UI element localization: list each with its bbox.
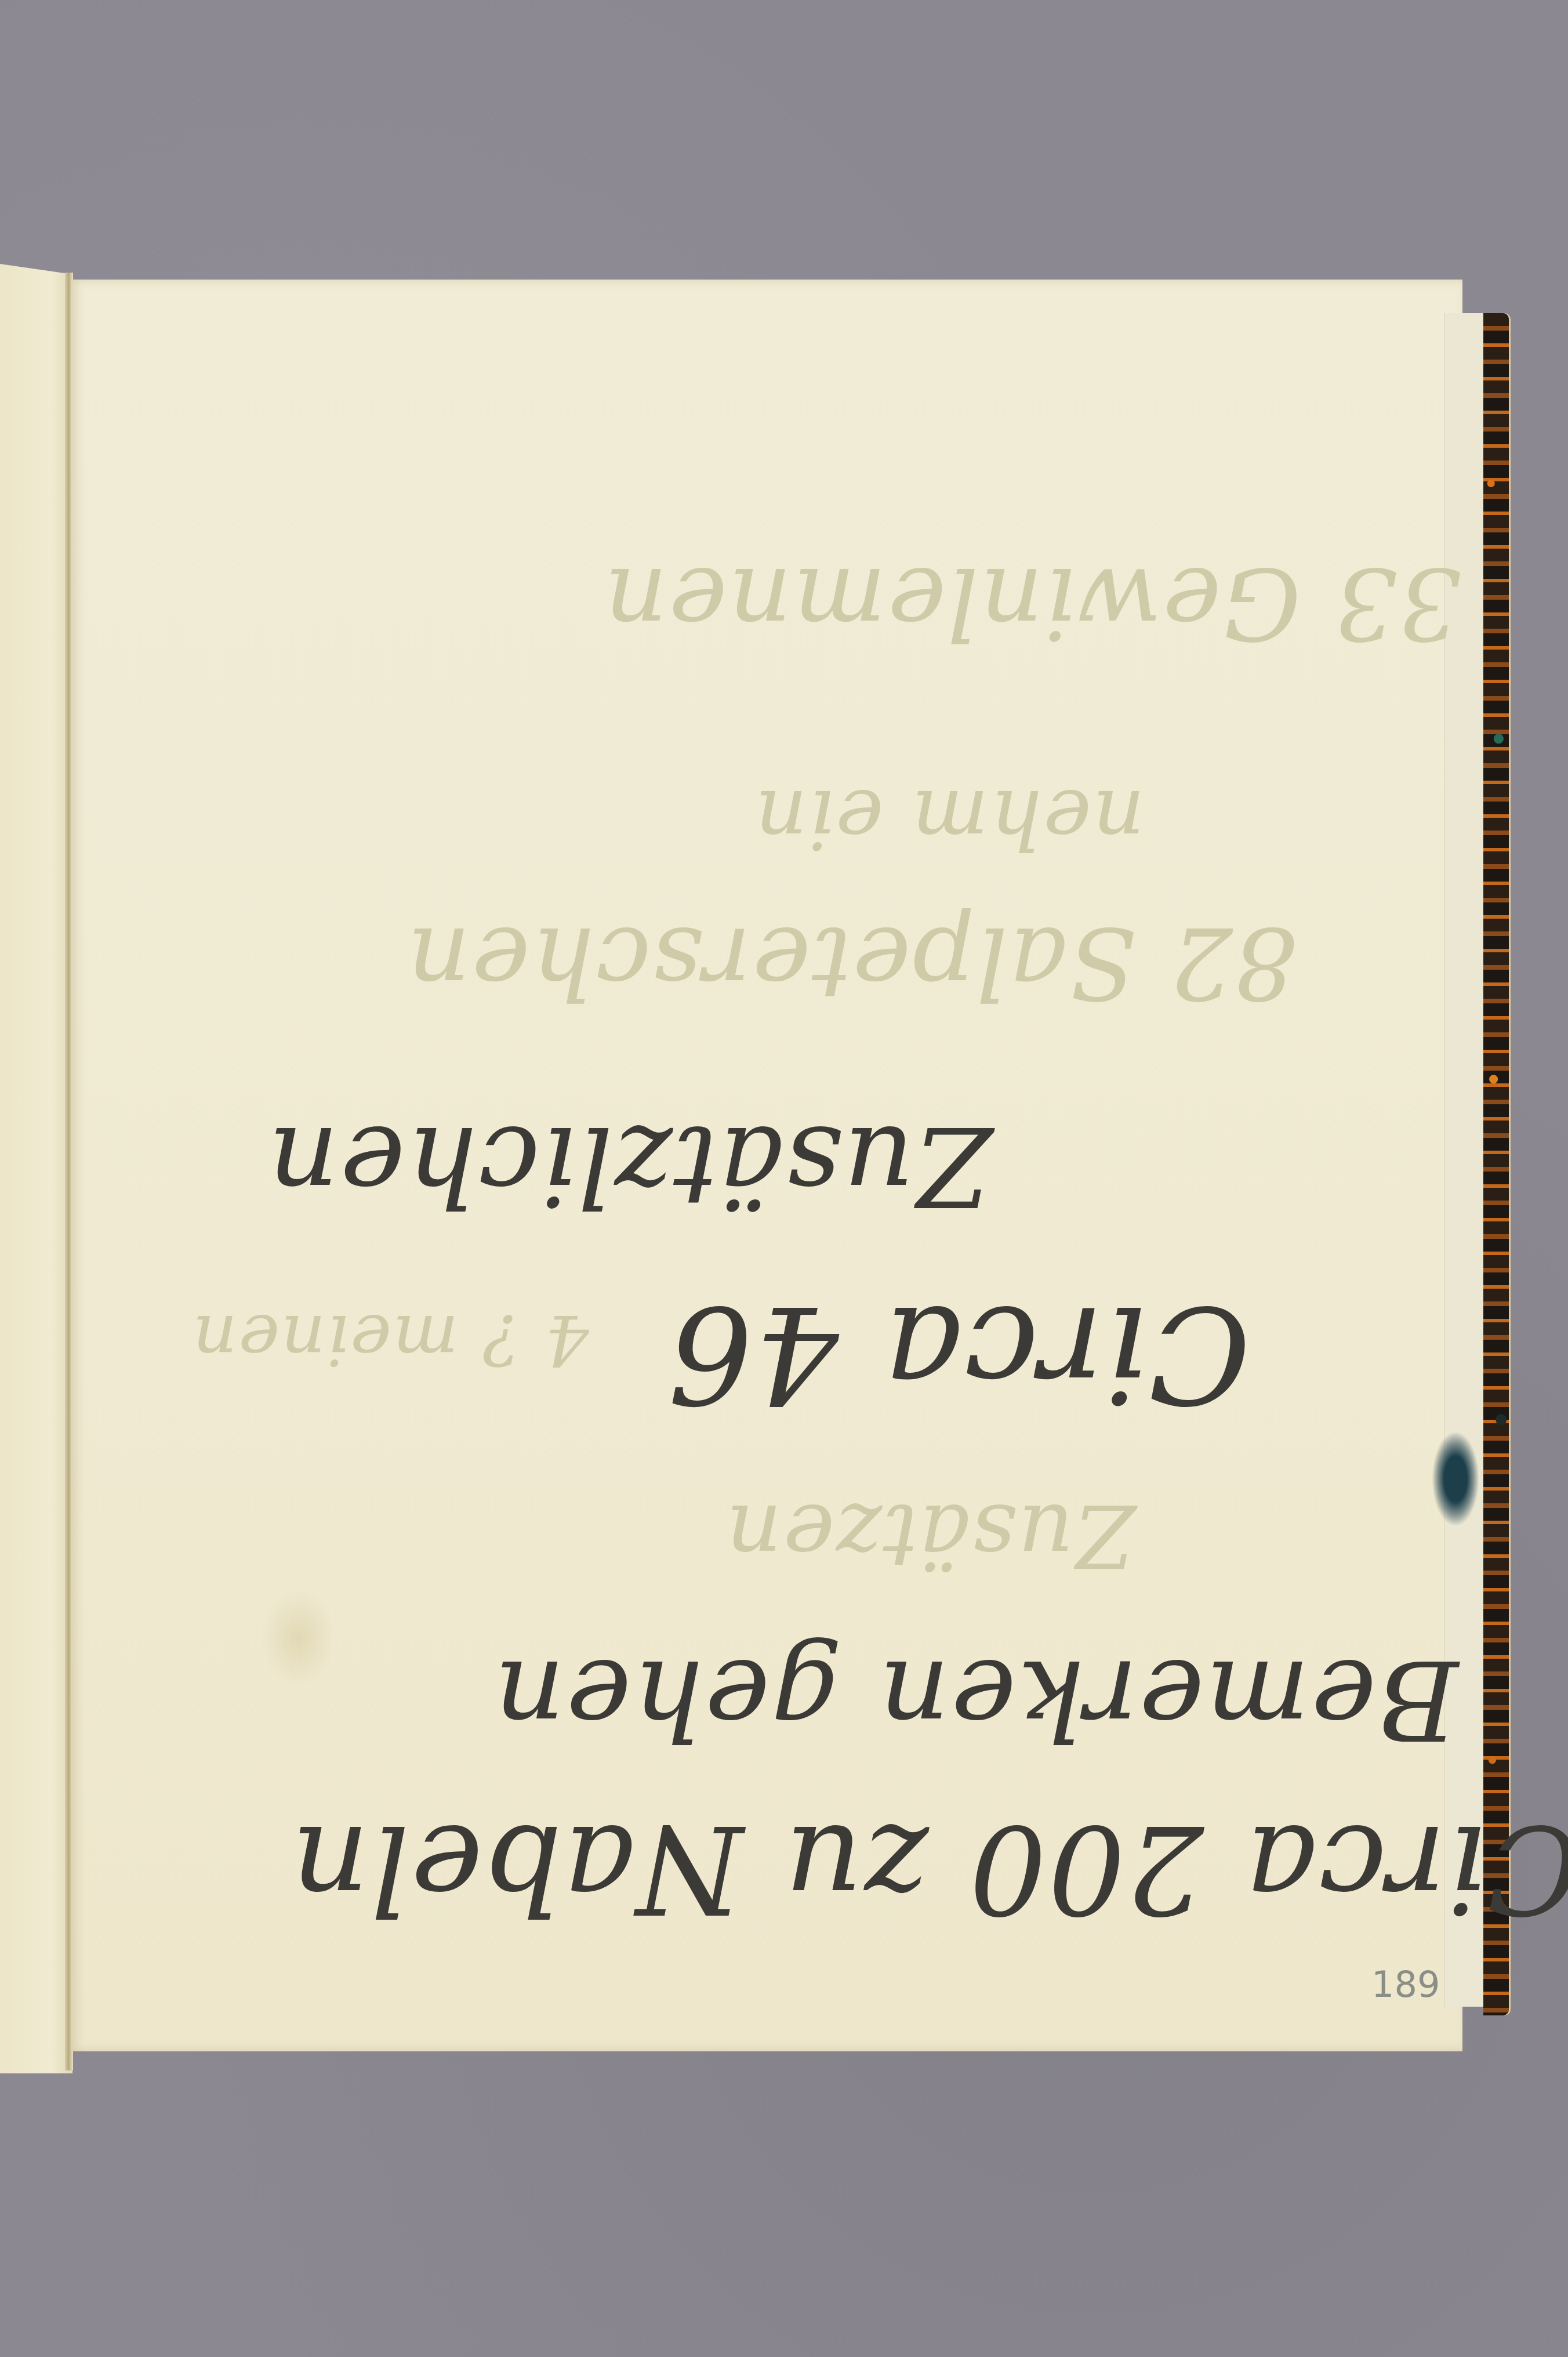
paper-stain	[261, 1589, 336, 1688]
pencil-line-4: Zusätzlichen	[267, 1102, 992, 1230]
faint-line-2: nehm ein	[754, 771, 1145, 866]
pencil-line-3: Circa 46	[667, 1276, 1251, 1431]
faint-line-4: 4 ? meinen	[191, 1299, 589, 1380]
pencil-line-2: Bemerken gehen	[493, 1636, 1458, 1764]
ink-blot	[1432, 1433, 1479, 1525]
faint-line-3: 82 Salpeterschen	[406, 905, 1297, 1020]
faint-line-1: 33 Gewinlemnen	[603, 545, 1461, 660]
page-number: 189	[1371, 1963, 1440, 2006]
marbled-cover-edge	[1483, 313, 1509, 2015]
faint-line-5: Zusätzen	[725, 1485, 1135, 1586]
pencil-line-1: Circa 200 zu Nabeln	[290, 1798, 1568, 1940]
left-page	[0, 264, 72, 2073]
